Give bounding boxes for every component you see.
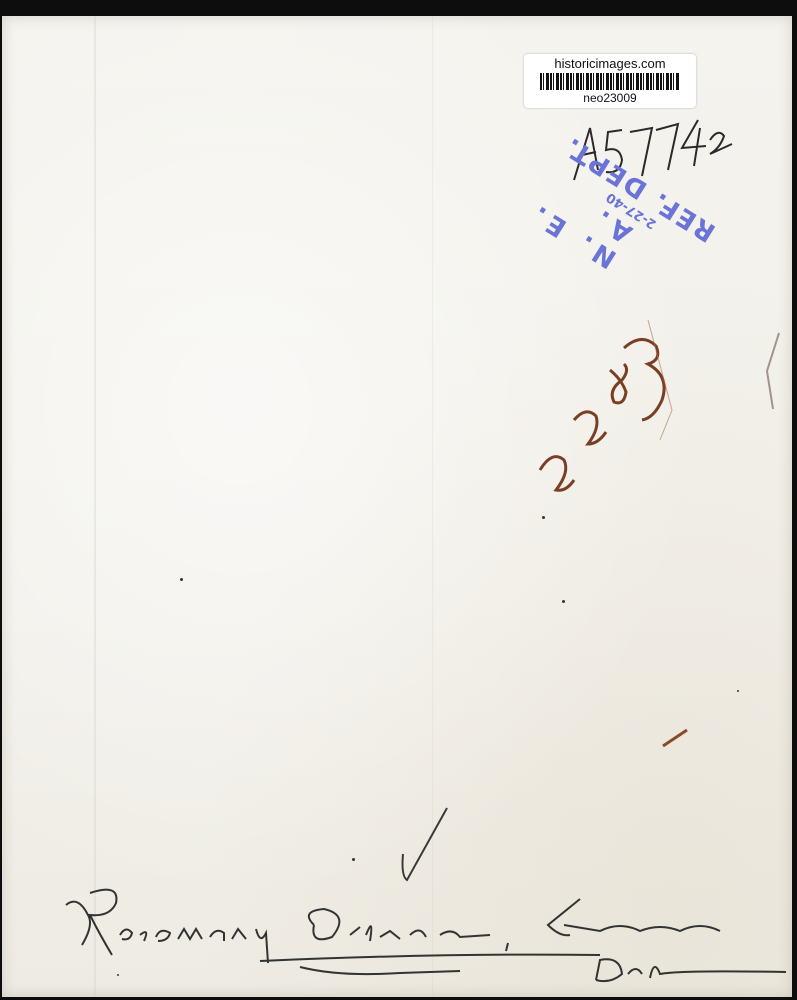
barcode-icon (540, 73, 680, 90)
rust-mark (657, 716, 697, 756)
paper-crease (94, 16, 96, 997)
paper-speck (562, 600, 565, 603)
label-site: historicimages.com (524, 57, 696, 71)
paper-speck (180, 578, 183, 581)
label-code: neo23009 (524, 91, 696, 105)
paper-speck (737, 690, 739, 692)
paper-speck (352, 858, 355, 861)
checkmark-handwriting: ✓ (395, 800, 455, 890)
archive-barcode-label: historicimages.com neo23009 (524, 54, 696, 108)
ref-number-handwriting: 2203 (530, 320, 680, 510)
paper-speck (542, 516, 545, 519)
edge-scuff-mark (757, 331, 787, 411)
caption-line2-handwriting: Del (590, 950, 790, 990)
